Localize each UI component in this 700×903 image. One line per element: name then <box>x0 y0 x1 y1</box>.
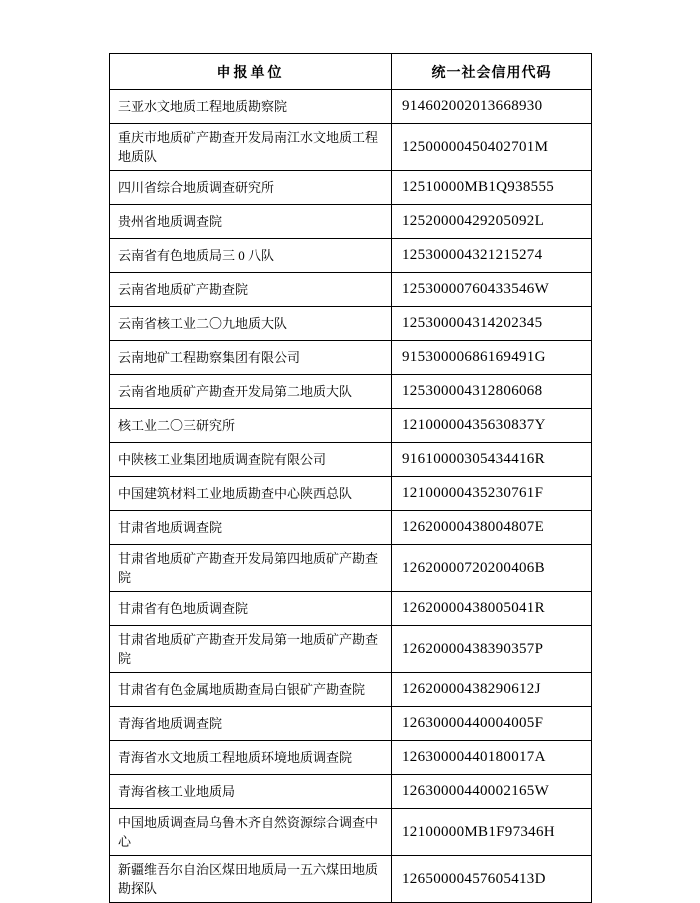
unit-cell: 重庆市地质矿产勘查开发局南江水文地质工程地质队 <box>110 124 392 171</box>
code-cell: 125300004321215274 <box>392 239 592 273</box>
code-cell: 12620000438004807E <box>392 511 592 545</box>
unit-cell: 四川省综合地质调查研究所 <box>110 171 392 205</box>
code-cell: 12100000MB1F97346H <box>392 809 592 856</box>
unit-cell: 云南省地质矿产勘查开发局第二地质大队 <box>110 375 392 409</box>
document-page: 申报单位 统一社会信用代码 三亚水文地质工程地质勘察院9146020020136… <box>0 0 700 889</box>
table-row: 云南省地质矿产勘查院12530000760433546W <box>110 273 592 307</box>
table-row: 中国建筑材料工业地质勘查中心陕西总队12100000435230761F <box>110 477 592 511</box>
unit-cell: 核工业二〇三研究所 <box>110 409 392 443</box>
table-row: 重庆市地质矿产勘查开发局南江水文地质工程地质队12500000450402701… <box>110 124 592 171</box>
unit-cell: 贵州省地质调查院 <box>110 205 392 239</box>
table-row: 青海省水文地质工程地质环境地质调查院12630000440180017A <box>110 741 592 775</box>
code-cell: 91610000305434416R <box>392 443 592 477</box>
code-cell: 12510000MB1Q938555 <box>392 171 592 205</box>
code-cell: 91530000686169491G <box>392 341 592 375</box>
code-cell: 12620000720200406B <box>392 545 592 592</box>
code-cell: 12500000450402701M <box>392 124 592 171</box>
table-row: 甘肃省有色金属地质勘查局白银矿产勘查院12620000438290612J <box>110 673 592 707</box>
table-row: 核工业二〇三研究所12100000435630837Y <box>110 409 592 443</box>
code-cell: 125300004312806068 <box>392 375 592 409</box>
header-unit: 申报单位 <box>110 54 392 90</box>
table-row: 新疆维吾尔自治区煤田地质局一五六煤田地质勘探队12650000457605413… <box>110 856 592 903</box>
unit-cell: 甘肃省地质矿产勘查开发局第一地质矿产勘查院 <box>110 626 392 673</box>
code-cell: 12520000429205092L <box>392 205 592 239</box>
unit-cell: 新疆维吾尔自治区煤田地质局一五六煤田地质勘探队 <box>110 856 392 903</box>
unit-cell: 云南地矿工程勘察集团有限公司 <box>110 341 392 375</box>
code-cell: 12620000438390357P <box>392 626 592 673</box>
unit-cell: 中陕核工业集团地质调查院有限公司 <box>110 443 392 477</box>
table-header-row: 申报单位 统一社会信用代码 <box>110 54 592 90</box>
unit-cell: 甘肃省地质调查院 <box>110 511 392 545</box>
code-cell: 12630000440002165W <box>392 775 592 809</box>
table-row: 贵州省地质调查院12520000429205092L <box>110 205 592 239</box>
table-row: 三亚水文地质工程地质勘察院914602002013668930 <box>110 90 592 124</box>
code-cell: 12630000440180017A <box>392 741 592 775</box>
unit-cell: 云南省有色地质局三 0 八队 <box>110 239 392 273</box>
unit-cell: 甘肃省有色地质调查院 <box>110 592 392 626</box>
code-cell: 914602002013668930 <box>392 90 592 124</box>
table-row: 甘肃省地质矿产勘查开发局第四地质矿产勘查院12620000720200406B <box>110 545 592 592</box>
table-row: 甘肃省地质调查院12620000438004807E <box>110 511 592 545</box>
table-row: 云南省核工业二〇九地质大队125300004314202345 <box>110 307 592 341</box>
code-cell: 12620000438005041R <box>392 592 592 626</box>
code-cell: 12630000440004005F <box>392 707 592 741</box>
table-row: 青海省地质调查院12630000440004005F <box>110 707 592 741</box>
unit-cell: 中国地质调查局乌鲁木齐自然资源综合调查中心 <box>110 809 392 856</box>
unit-cell: 中国建筑材料工业地质勘查中心陕西总队 <box>110 477 392 511</box>
credit-code-table: 申报单位 统一社会信用代码 三亚水文地质工程地质勘察院9146020020136… <box>109 53 592 903</box>
table-body: 三亚水文地质工程地质勘察院914602002013668930重庆市地质矿产勘查… <box>110 90 592 903</box>
unit-cell: 青海省水文地质工程地质环境地质调查院 <box>110 741 392 775</box>
table-row: 中陕核工业集团地质调查院有限公司91610000305434416R <box>110 443 592 477</box>
table-row: 甘肃省地质矿产勘查开发局第一地质矿产勘查院12620000438390357P <box>110 626 592 673</box>
unit-cell: 青海省地质调查院 <box>110 707 392 741</box>
table-row: 云南省地质矿产勘查开发局第二地质大队125300004312806068 <box>110 375 592 409</box>
table-row: 甘肃省有色地质调查院12620000438005041R <box>110 592 592 626</box>
code-cell: 12620000438290612J <box>392 673 592 707</box>
header-code: 统一社会信用代码 <box>392 54 592 90</box>
table-row: 中国地质调查局乌鲁木齐自然资源综合调查中心12100000MB1F97346H <box>110 809 592 856</box>
unit-cell: 青海省核工业地质局 <box>110 775 392 809</box>
code-cell: 12650000457605413D <box>392 856 592 903</box>
table-row: 四川省综合地质调查研究所12510000MB1Q938555 <box>110 171 592 205</box>
code-cell: 12530000760433546W <box>392 273 592 307</box>
unit-cell: 云南省核工业二〇九地质大队 <box>110 307 392 341</box>
unit-cell: 三亚水文地质工程地质勘察院 <box>110 90 392 124</box>
unit-cell: 甘肃省有色金属地质勘查局白银矿产勘查院 <box>110 673 392 707</box>
code-cell: 125300004314202345 <box>392 307 592 341</box>
table-row: 青海省核工业地质局12630000440002165W <box>110 775 592 809</box>
table-row: 云南省有色地质局三 0 八队125300004321215274 <box>110 239 592 273</box>
code-cell: 12100000435230761F <box>392 477 592 511</box>
unit-cell: 甘肃省地质矿产勘查开发局第四地质矿产勘查院 <box>110 545 392 592</box>
table-row: 云南地矿工程勘察集团有限公司91530000686169491G <box>110 341 592 375</box>
code-cell: 12100000435630837Y <box>392 409 592 443</box>
unit-cell: 云南省地质矿产勘查院 <box>110 273 392 307</box>
